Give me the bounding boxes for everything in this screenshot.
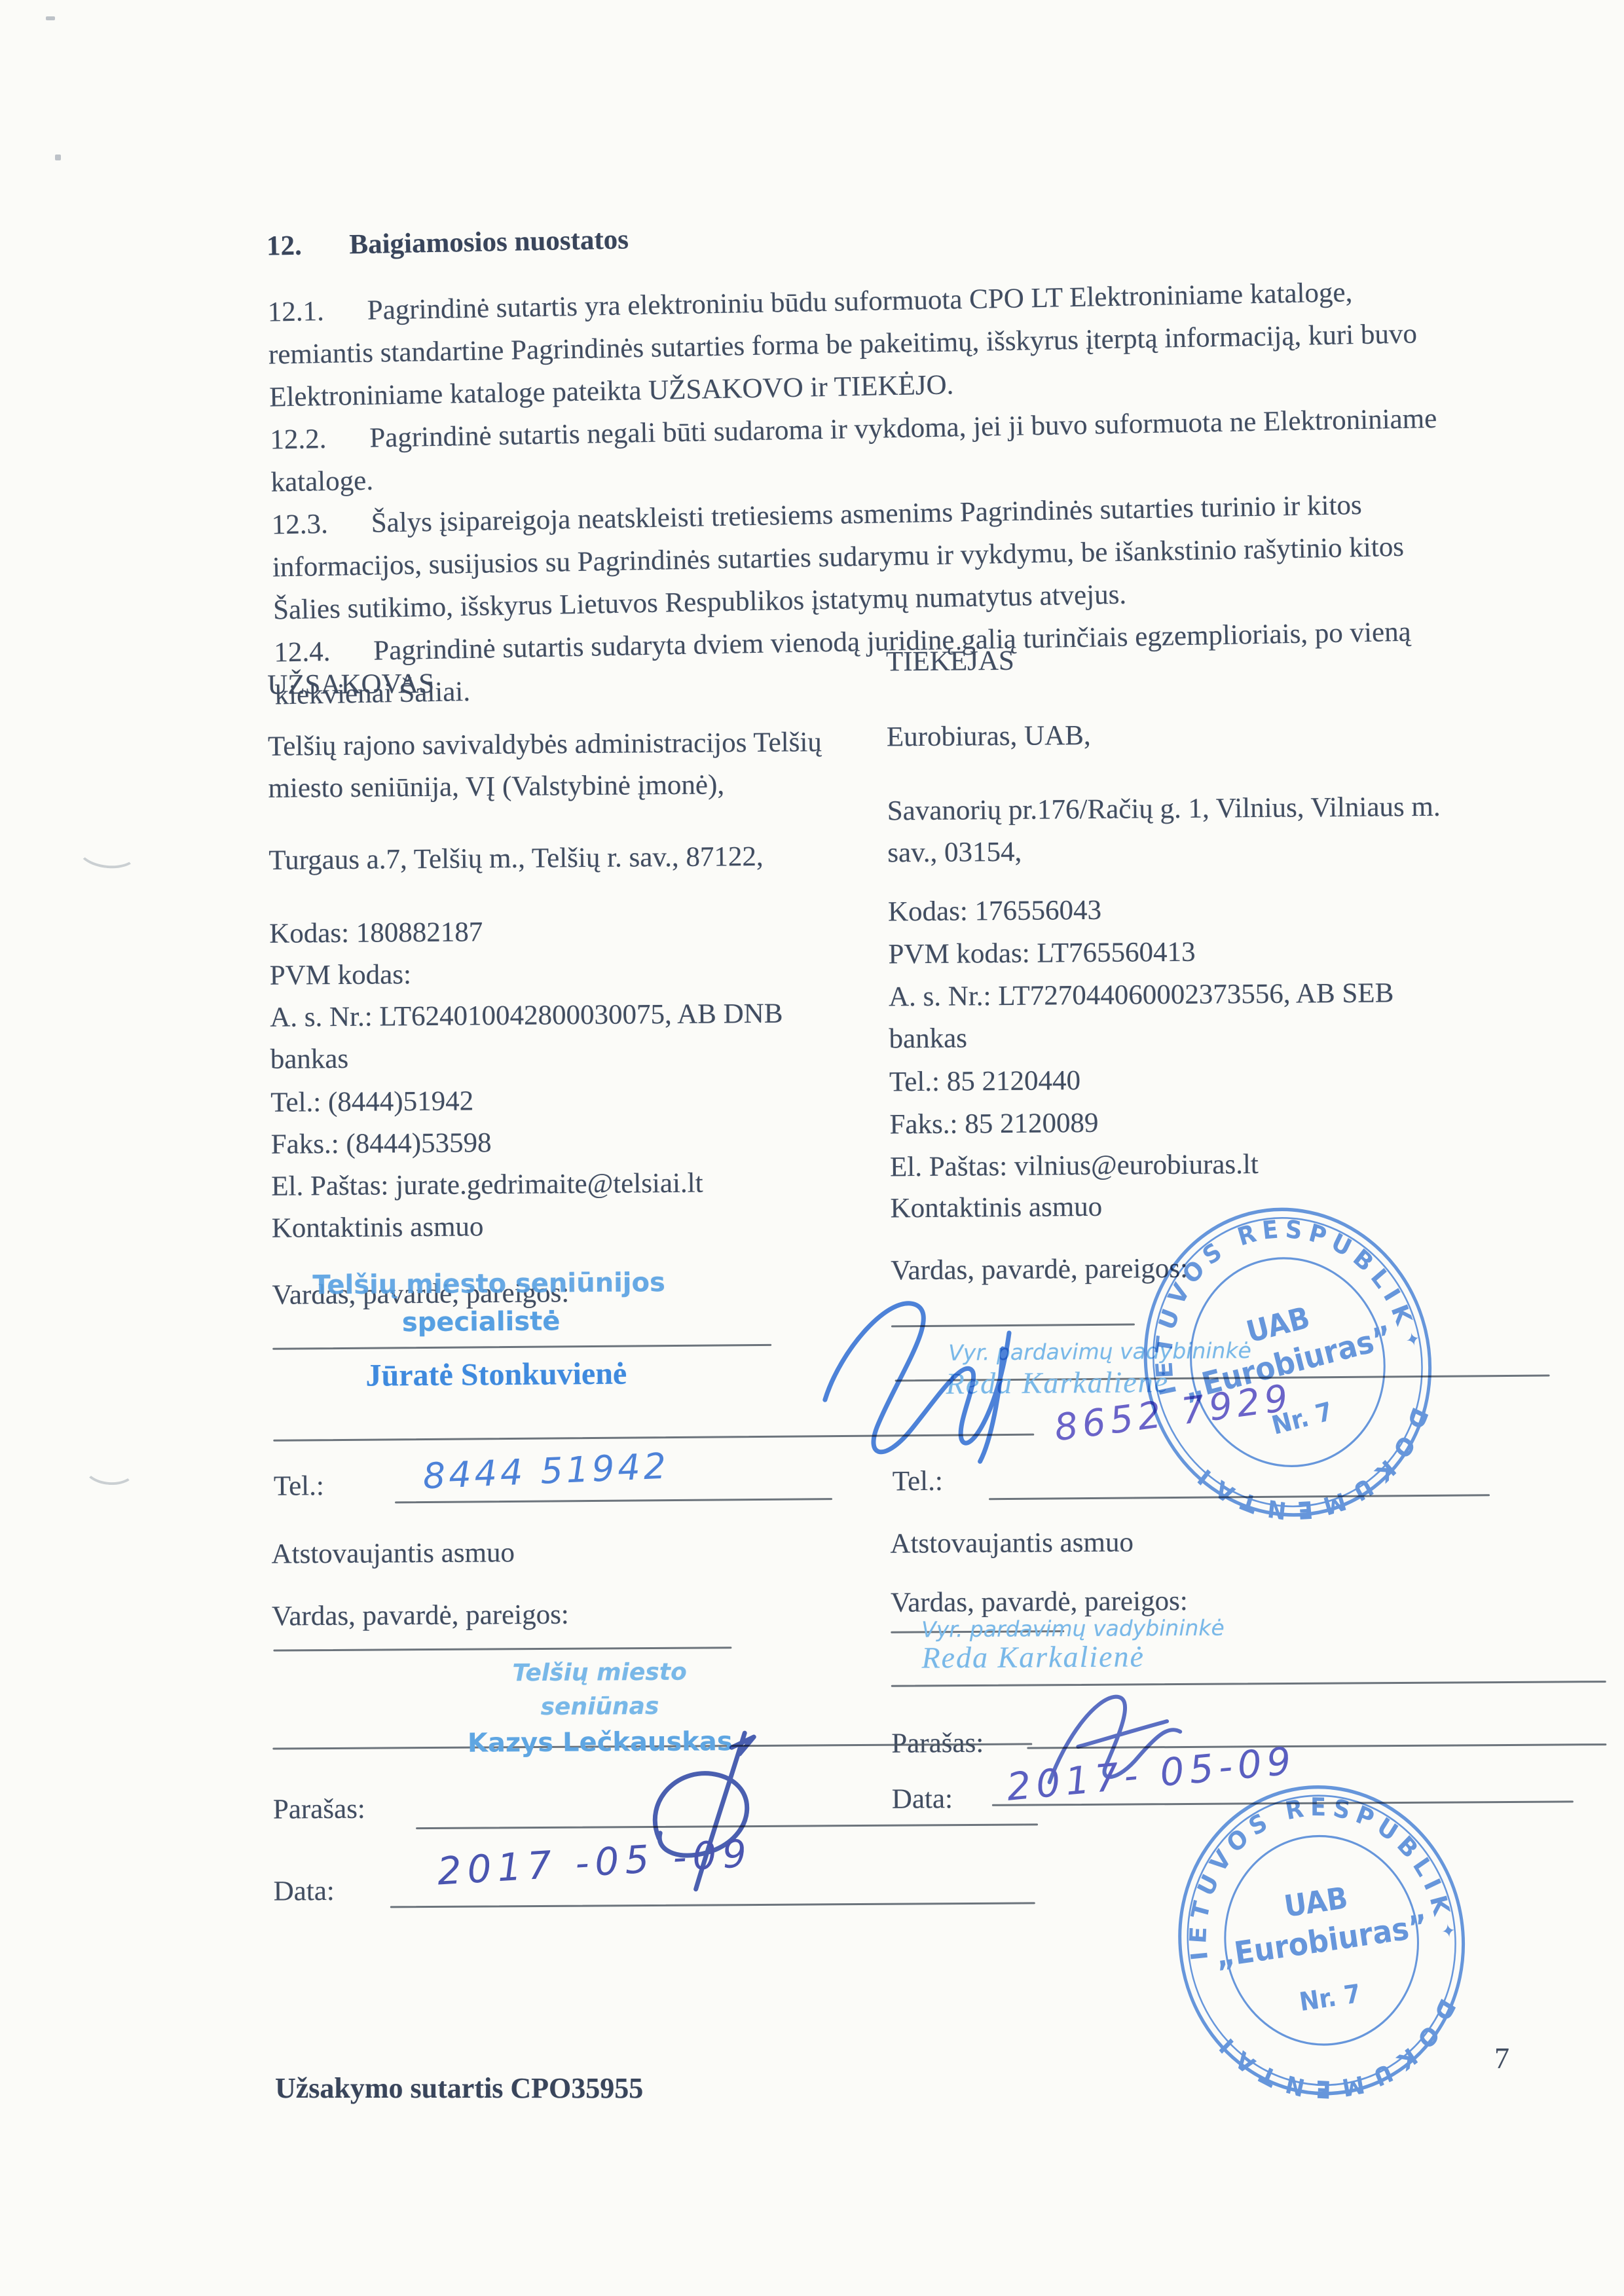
tiekejas-data-label: Data:	[892, 1778, 953, 1821]
company-seal: LIETUVOS RESPUBLIKA DOKUMENTAI ✦ UAB „Eu…	[1143, 1751, 1500, 2130]
seal-number: Nr. 7	[1297, 1978, 1363, 2017]
uzsakovas-parasas-label: Parašas:	[273, 1789, 365, 1831]
uzsakovas-rep-heading: Atstovaujantis asmuo	[271, 1532, 515, 1575]
signature-line	[891, 1681, 1606, 1687]
representatives-section: Atstovaujantis asmuo Vardas, pavardė, pa…	[0, 0, 1624, 2296]
tiekejas-rep-stamp-name: Reda Karkalienė	[921, 1639, 1145, 1675]
seal-company-type: UAB	[1282, 1881, 1350, 1925]
uzsakovas-rep-label: Vardas, pavardė, pareigos:	[272, 1594, 569, 1638]
scanned-contract-page: 12. Baigiamosios nuostatos 12.1.Pagrindi…	[0, 0, 1624, 2296]
seal-separator-icon: ✦	[1440, 1920, 1457, 1943]
footer-doc-ref: Užsakymo sutartis CPO35955	[275, 2068, 643, 2109]
signature-line	[273, 1647, 731, 1651]
uzsakovas-rep-stamp-line2: seniūnas	[469, 1692, 731, 1721]
tiekejas-rep-stamp-role: Vyr. pardavimų vadybininkė	[921, 1615, 1225, 1643]
tiekejas-rep-heading: Atstovaujantis asmuo	[890, 1522, 1134, 1565]
data-line	[390, 1902, 1035, 1908]
page-number: 7	[1494, 2037, 1509, 2079]
uzsakovas-rep-stamp-line1: Telšių miesto	[469, 1658, 731, 1686]
uzsakovas-data-label: Data:	[273, 1870, 335, 1913]
